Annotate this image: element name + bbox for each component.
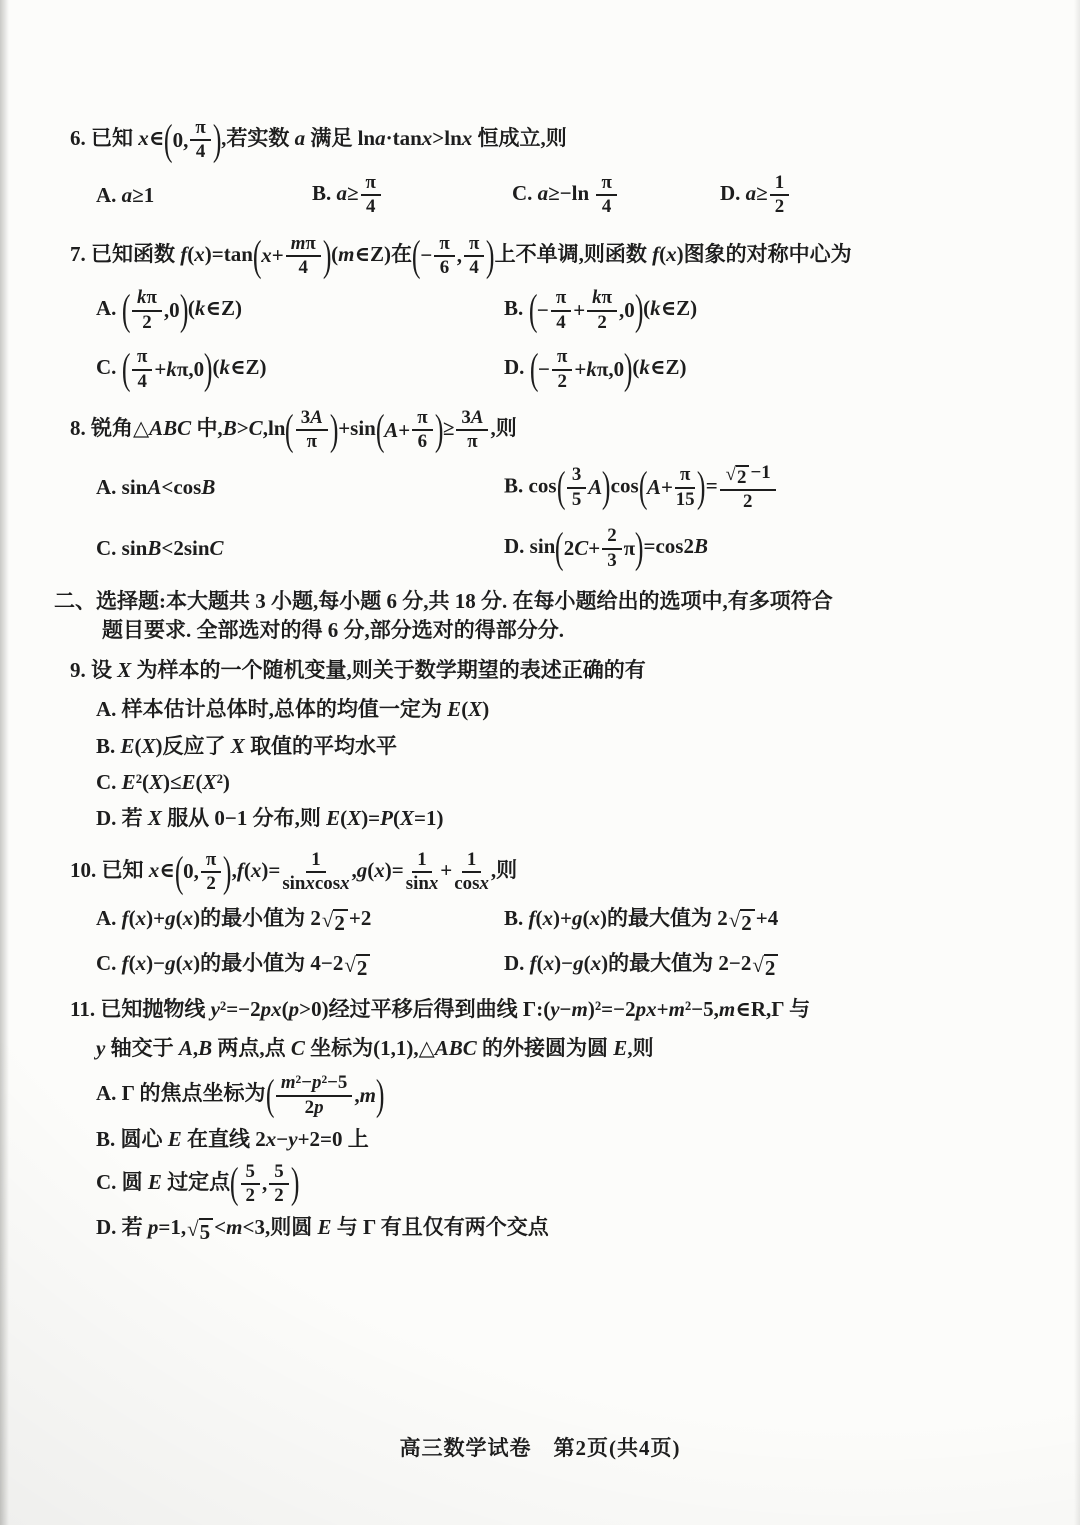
question-7-option-c: C. (π4+kπ,0)(k∈Z) [96,347,504,392]
question-6-options: A. a≥1 B. a≥π4 C. a≥−ln π4 D. a≥12 [70,173,1018,218]
question-9-option-c: C. E²(X)≤E(X²) [96,768,1018,797]
section-2-header-line1: 二、选择题:本大题共 3 小题,每小题 6 分,共 18 分. 在每小题给出的选… [54,587,1018,616]
question-8-options: A. sinA<cosB B. cos(35A)cos(A+π15)=√2−12… [70,463,1018,571]
question-6-stem: 6. 已知 x∈(0,π4),若实数 a 满足 lna·tanx>lnx 恒成立… [70,118,1018,163]
question-9-option-d: D. 若 X 服从 0−1 分布,则 E(X)=P(X=1) [96,804,1018,833]
question-11-option-d: D. 若 p=1,√5<m<3,则圆 E 与 Γ 有且仅有两个交点 [96,1213,1018,1243]
question-8-option-d: D. sin(2C+23π)=cos2B [504,526,1018,571]
question-11-stem-line1: 11. 已知抛物线 y²=−2px(p>0)经过平移后得到曲线 Γ:(y−m)²… [70,995,1018,1024]
question-8-option-c: C. sinB<2sinC [96,534,504,563]
question-7-option-b: B. (−π4+kπ2,0)(k∈Z) [504,288,1018,333]
question-11-stem-line2: y 轴交于 A,B 两点,点 C 坐标为(1,1),△ABC 的外接圆为圆 E,… [70,1034,1018,1063]
question-9-option-b: B. E(X)反应了 X 取值的平均水平 [96,732,1018,761]
question-6-option-d: D. a≥12 [720,173,1018,218]
question-8-option-a: A. sinA<cosB [96,473,504,502]
question-9-option-a: A. 样本估计总体时,总体的均值一定为 E(X) [96,695,1018,724]
question-6-option-b: B. a≥π4 [312,173,508,218]
question-11-option-c: C. 圆 E 过定点(52,52) [96,1162,1018,1207]
question-7-options: A. (kπ2,0)(k∈Z) B. (−π4+kπ2,0)(k∈Z) C. (… [70,288,1018,392]
question-7-option-a: A. (kπ2,0)(k∈Z) [96,288,504,333]
question-10-option-a: A. f(x)+g(x)的最小值为 2√2+2 [96,904,504,934]
question-9-options: A. 样本估计总体时,总体的均值一定为 E(X) B. E(X)反应了 X 取值… [70,695,1018,834]
question-7-stem: 7. 已知函数 f(x)=tan(x+mπ4)(m∈Z)在(−π6,π4)上不单… [70,234,1018,279]
question-11: 11. 已知抛物线 y²=−2px(p>0)经过平移后得到曲线 Γ:(y−m)²… [70,995,1018,1244]
question-6-option-c: C. a≥−ln π4 [512,173,716,218]
question-11-options: A. Γ 的焦点坐标为(m²−p²−52p,m) B. 圆心 E 在直线 2x−… [70,1073,1018,1243]
question-8-option-b: B. cos(35A)cos(A+π15)=√2−12 [504,463,1018,512]
question-10-stem: 10. 已知 x∈(0,π2),f(x)=1sinxcosx,g(x)=1sin… [70,850,1018,895]
question-10-option-b: B. f(x)+g(x)的最大值为 2√2+4 [504,904,1018,934]
question-10: 10. 已知 x∈(0,π2),f(x)=1sinxcosx,g(x)=1sin… [70,850,1018,979]
section-2-header: 二、选择题:本大题共 3 小题,每小题 6 分,共 18 分. 在每小题给出的选… [54,587,1018,646]
question-7: 7. 已知函数 f(x)=tan(x+mπ4)(m∈Z)在(−π6,π4)上不单… [70,234,1018,392]
question-11-option-b: B. 圆心 E 在直线 2x−y+2=0 上 [96,1125,1018,1154]
question-11-option-a: A. Γ 的焦点坐标为(m²−p²−52p,m) [96,1073,1018,1118]
question-10-options: A. f(x)+g(x)的最小值为 2√2+2 B. f(x)+g(x)的最大值… [70,904,1018,978]
exam-page: 6. 已知 x∈(0,π4),若实数 a 满足 lna·tanx>lnx 恒成立… [0,0,1080,1525]
question-6-option-a: A. a≥1 [96,181,308,210]
question-8-stem: 8. 锐角△ABC 中,B>C,ln(3Aπ)+sin(A+π6)≥3Aπ,则 [70,408,1018,453]
question-10-option-c: C. f(x)−g(x)的最小值为 4−2√2 [96,949,504,979]
question-10-option-d: D. f(x)−g(x)的最大值为 2−2√2 [504,949,1018,979]
page-footer: 高三数学试卷 第2页(共4页) [0,1434,1080,1463]
question-9: 9. 设 X 为样本的一个随机变量,则关于数学期望的表述正确的有 A. 样本估计… [70,656,1018,834]
question-9-stem: 9. 设 X 为样本的一个随机变量,则关于数学期望的表述正确的有 [70,656,1018,685]
question-6: 6. 已知 x∈(0,π4),若实数 a 满足 lna·tanx>lnx 恒成立… [70,118,1018,218]
section-2-header-line2: 题目要求. 全部选对的得 6 分,部分选对的得部分分. [54,616,1018,645]
question-7-option-d: D. (−π2+kπ,0)(k∈Z) [504,347,1018,392]
question-8: 8. 锐角△ABC 中,B>C,ln(3Aπ)+sin(A+π6)≥3Aπ,则 … [70,408,1018,571]
